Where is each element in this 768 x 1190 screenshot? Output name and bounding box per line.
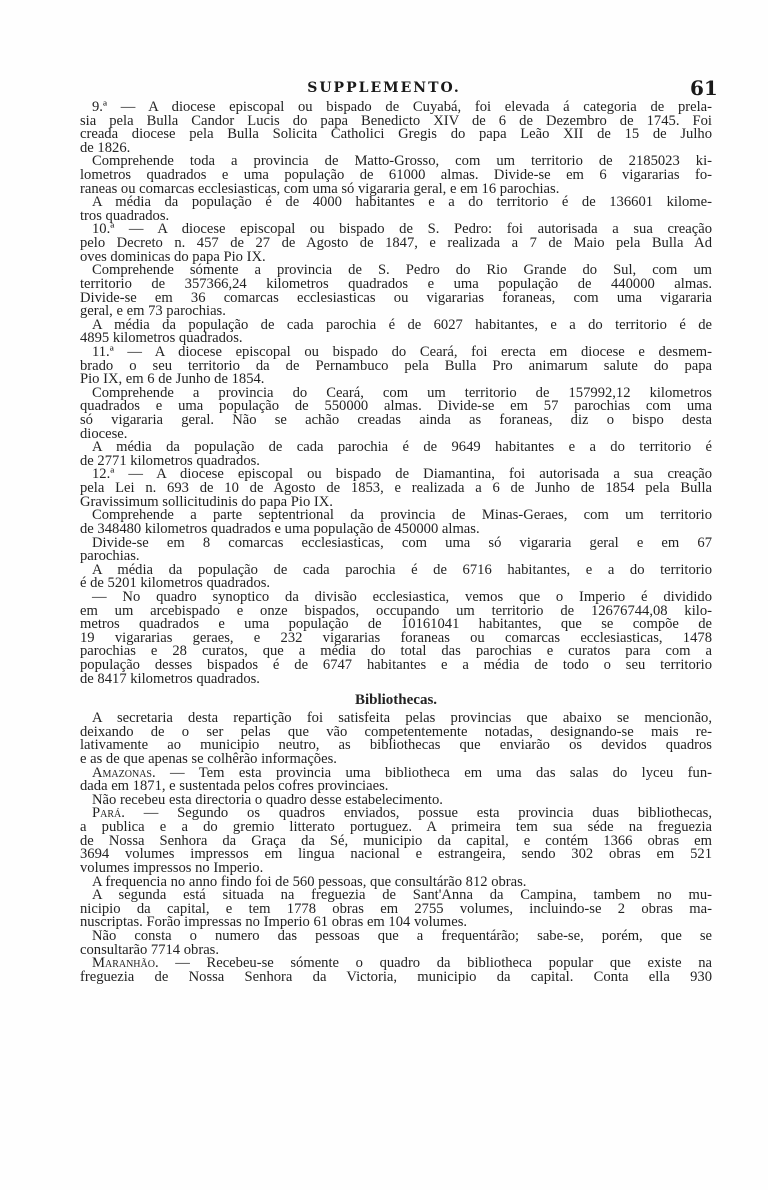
bibliothecas-section: A secretaria desta repartição foi satisf… [80,712,712,984]
line-text: de 8417 kilometros quadrados. [80,671,260,687]
text-line: de 8417 kilometros quadrados. [80,673,712,687]
line-text: Divide-se em 8 comarcas ecclesiasticas, … [92,535,712,551]
body-text: 9.ª — A diocese episcopal ou bispado de … [80,101,712,984]
document-page: SUPPLEMENTO. 61 9.ª — A diocese episcopa… [0,0,768,1190]
section-heading-bibliothecas: Bibliothecas. [80,690,712,710]
running-header-title: SUPPLEMENTO. [0,80,768,96]
line-text: freguezia de Nossa Senhora da Victoria, … [80,969,712,985]
line-text: só vigararia geral. Não se achão creadas… [80,412,712,428]
text-line: freguezia de Nossa Senhora da Victoria, … [80,971,712,985]
dioceses-section: 9.ª — A diocese episcopal ou bispado de … [80,101,712,686]
line-text: creada diocese pela Bulla Solicita Catho… [80,126,712,142]
line-text: A média da população é de 4000 habitante… [92,194,712,210]
text-line: só vigararia geral. Não se achão creadas… [80,414,712,428]
text-line: Divide-se em 8 comarcas ecclesiasticas, … [80,537,712,551]
page-number: 61 [690,76,718,100]
text-line: creada diocese pela Bulla Solicita Catho… [80,128,712,142]
text-line: A média da população é de 4000 habitante… [80,196,712,210]
